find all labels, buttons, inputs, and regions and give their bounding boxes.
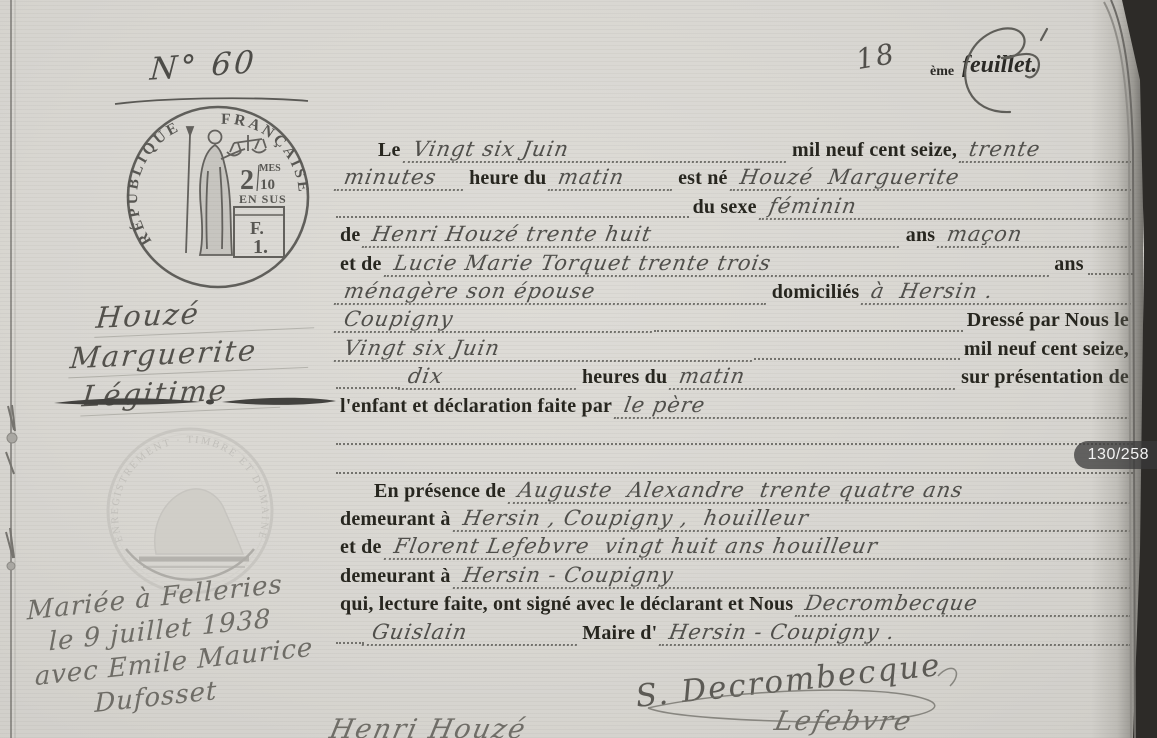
dotted-leader bbox=[336, 471, 1133, 474]
form-line: Vingt six Juinmil neuf cent seize, bbox=[336, 336, 1133, 364]
printed-text: qui, lecture faite, ont signé avec le dé… bbox=[336, 593, 797, 616]
printed-text: heures du bbox=[578, 366, 671, 389]
form-line: du sexeféminin bbox=[336, 194, 1133, 222]
dotted-leader bbox=[1088, 272, 1133, 275]
printed-text: et de bbox=[336, 536, 386, 559]
form-line: deHenri Houzé trente huitansmaçon bbox=[336, 222, 1133, 250]
handwritten-entry: à Hersin . bbox=[861, 279, 1135, 305]
printed-text: et de bbox=[336, 253, 386, 276]
handwritten-entry: Guislain bbox=[361, 620, 580, 646]
handwritten-entry: Hersin - Coupigny . bbox=[659, 620, 1135, 646]
printed-text: ans bbox=[1050, 253, 1088, 276]
handwritten-entry: Hersin , Coupigny , houilleur bbox=[452, 506, 1135, 532]
handwritten-entry: dix bbox=[397, 364, 580, 390]
handwritten-entry: Lucie Marie Torquet trente trois bbox=[383, 251, 1052, 277]
form-line: minutesheure dumatinest néHouzé Margueri… bbox=[336, 165, 1133, 193]
dotted-leader bbox=[336, 641, 364, 644]
form-line: ménagère son épousedomiciliésà Hersin . bbox=[336, 279, 1133, 307]
handwritten-entry: Auguste Alexandre trente quatre ans bbox=[507, 478, 1135, 504]
printed-text: Maire d' bbox=[578, 622, 661, 645]
folio-number: 18 bbox=[853, 37, 898, 76]
form-line: En présence deAuguste Alexandre trente q… bbox=[336, 478, 1133, 506]
form-line: demeurant àHersin - Coupigny bbox=[336, 563, 1133, 591]
handwritten-entry: Coupigny bbox=[334, 307, 657, 333]
svg-text:RÉPUBLIQUE: RÉPUBLIQUE bbox=[124, 118, 183, 248]
svg-text:S. Decrombecque: S. Decrombecque bbox=[634, 647, 943, 715]
printed-text: heure du bbox=[465, 167, 550, 190]
printed-text: domiciliés bbox=[768, 281, 864, 304]
act-number: N° 60 bbox=[149, 44, 258, 88]
printed-text: Dressé par Nous le bbox=[963, 309, 1133, 332]
handwritten-entry: Hersin - Coupigny bbox=[452, 563, 1135, 589]
stamp-arc-left: RÉPUBLIQUE bbox=[124, 118, 183, 248]
stamp-pedestal: F. 1. bbox=[234, 207, 284, 258]
form-line: et deLucie Marie Torquet trente troisans bbox=[336, 251, 1133, 279]
signature-fragment: Lefebvre bbox=[772, 706, 916, 737]
handwritten-entry: matin bbox=[669, 364, 959, 390]
handwritten-entry: Vingt six Juin bbox=[402, 137, 790, 163]
dotted-leader bbox=[336, 215, 689, 218]
printed-text: mil neuf cent seize, bbox=[960, 338, 1133, 361]
printed-text: mil neuf cent seize, bbox=[788, 139, 961, 162]
page-indicator-badge: 130/258 bbox=[1074, 441, 1157, 469]
handwritten-entry: Decrombecque bbox=[795, 591, 1135, 617]
handwritten-entry: Florent Lefebvre vingt huit ans houilleu… bbox=[383, 534, 1135, 560]
form-line: dixheures dumatinsur présentation de bbox=[336, 364, 1133, 392]
handwritten-entry: matin bbox=[548, 165, 676, 191]
printed-text: En présence de bbox=[370, 480, 510, 503]
form-line: l'enfant et déclaration faite parle père bbox=[336, 393, 1133, 421]
embossed-figure bbox=[155, 489, 243, 554]
handwritten-entry: maçon bbox=[937, 222, 1135, 248]
printed-text: Le bbox=[374, 139, 405, 162]
printed-text: demeurant à bbox=[336, 508, 455, 531]
republique-francaise-stamp: RÉPUBLIQUE FRANÇAISE 2 MES bbox=[116, 101, 320, 293]
handwritten-entry: Houzé Marguerite bbox=[729, 165, 1135, 191]
dotted-leader bbox=[654, 329, 963, 332]
handwritten-entry: Henri Houzé trente huit bbox=[362, 222, 904, 248]
form-line: demeurant àHersin , Coupigny , houilleur bbox=[336, 506, 1133, 534]
binding-stitches bbox=[6, 405, 17, 570]
form-line bbox=[336, 421, 1133, 449]
printed-text: est né bbox=[674, 167, 732, 190]
printed-text: du sexe bbox=[689, 196, 761, 219]
register-page-scan[interactable]: N° 60 18 ème feuillet. RÉPUBLIQUE FRANÇA… bbox=[0, 0, 1157, 738]
svg-text:1.: 1. bbox=[253, 236, 268, 258]
margin-marriage-note: Mariée à Felleries le 9 juillet 1938 ave… bbox=[27, 560, 365, 728]
margin-flourish bbox=[50, 394, 342, 410]
form-line: LeVingt six Juinmil neuf cent seize,tren… bbox=[336, 137, 1133, 165]
svg-text:MES: MES bbox=[259, 163, 281, 174]
form-line: et deFlorent Lefebvre vingt huit ans hou… bbox=[336, 534, 1133, 562]
printed-text: l'enfant et déclaration faite par bbox=[336, 395, 616, 418]
handwritten-entry: minutes bbox=[334, 165, 468, 191]
stamp-rate-text: 2 MES 10 EN SUS bbox=[239, 163, 287, 206]
form-line: qui, lecture faite, ont signé avec le dé… bbox=[336, 591, 1133, 619]
dotted-leader bbox=[754, 357, 960, 360]
svg-text:EN SUS: EN SUS bbox=[239, 192, 287, 206]
handwritten-entry: le père bbox=[614, 393, 1135, 419]
handwritten-entry: ménagère son épouse bbox=[334, 279, 770, 305]
printed-text: demeurant à bbox=[336, 565, 455, 588]
handwritten-entry: Vingt six Juin bbox=[334, 336, 757, 362]
printed-text: ans bbox=[902, 224, 940, 247]
printed-text: de bbox=[336, 224, 364, 247]
dotted-leader bbox=[336, 386, 400, 389]
handwritten-entry: trente bbox=[959, 137, 1136, 163]
signature-fragment: Henri Houzé bbox=[327, 714, 530, 738]
handwritten-entry: féminin bbox=[758, 194, 1135, 220]
form-line: CoupignyDressé par Nous le bbox=[336, 307, 1133, 335]
body-lines: LeVingt six Juinmil neuf cent seize,tren… bbox=[336, 137, 1133, 648]
svg-text:10: 10 bbox=[260, 177, 275, 193]
dotted-leader bbox=[336, 442, 1133, 445]
svg-text:F.: F. bbox=[250, 218, 264, 238]
printed-text: sur présentation de bbox=[957, 366, 1133, 389]
handwritten-paraph bbox=[938, 16, 1068, 118]
form-line bbox=[336, 449, 1133, 477]
